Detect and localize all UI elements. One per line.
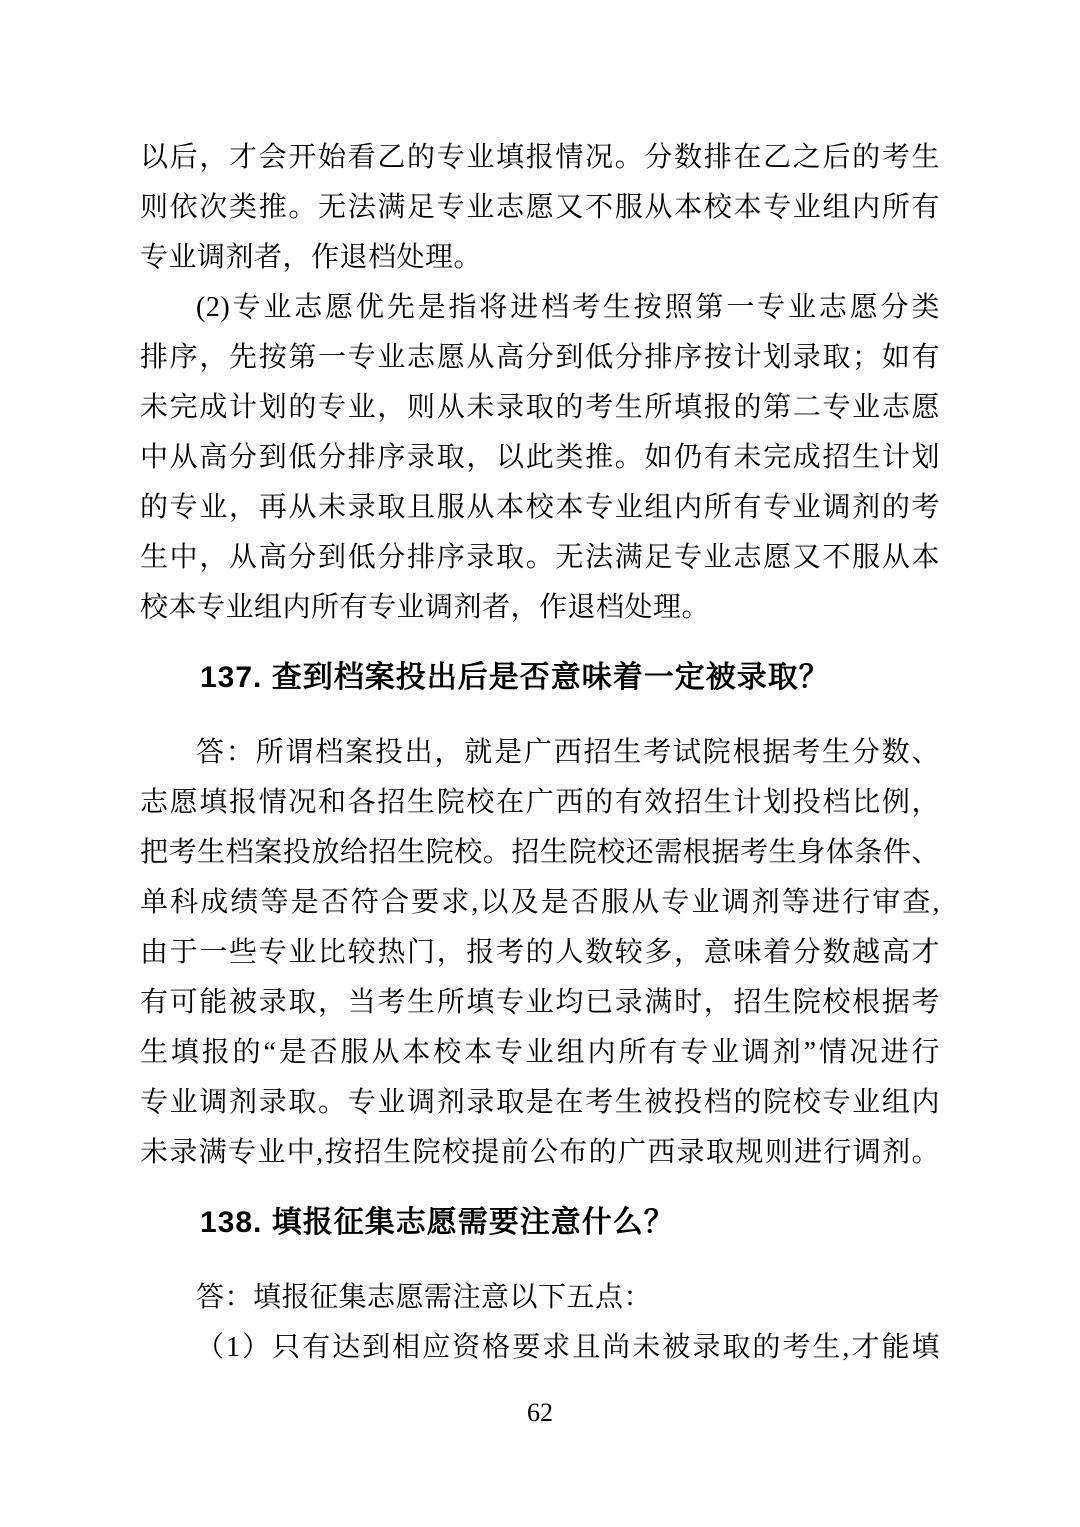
page-number: 62 xyxy=(0,1396,1080,1430)
text-line: 未完成计划的专业，则从未录取的考生所填报的第二专业志愿 xyxy=(140,383,940,433)
text-line: 答：所谓档案投出，就是广西招生考试院根据考生分数、 xyxy=(140,728,940,778)
text-line: 单科成绩等是否符合要求,以及是否服从专业调剂等进行审查, xyxy=(140,878,940,928)
document-body: 以后，才会开始看乙的专业填报情况。分数排在乙之后的考生则依次类推。无法满足专业志… xyxy=(140,133,940,1373)
text-line: 中从高分到低分排序录取，以此类推。如仍有未完成招生计划 xyxy=(140,433,940,483)
text-line: 把考生档案投放给招生院校。招生院校还需根据考生身体条件、 xyxy=(140,828,940,878)
paragraph: 答：填报征集志愿需注意以下五点： xyxy=(140,1273,940,1323)
text-line: 专业调剂录取。专业调剂录取是在考生被投档的院校专业组内 xyxy=(140,1078,940,1128)
text-line: 专业调剂者，作退档处理。 xyxy=(140,233,940,283)
text-line: 则依次类推。无法满足专业志愿又不服从本校本专业组内所有 xyxy=(140,183,940,233)
text-line: 138. 填报征集志愿需要注意什么？ xyxy=(140,1198,940,1248)
text-line: 答：填报征集志愿需注意以下五点： xyxy=(140,1273,940,1323)
paragraph: 以后，才会开始看乙的专业填报情况。分数排在乙之后的考生则依次类推。无法满足专业志… xyxy=(140,133,940,283)
text-line: 以后，才会开始看乙的专业填报情况。分数排在乙之后的考生 xyxy=(140,133,940,183)
paragraph: 答：所谓档案投出，就是广西招生考试院根据考生分数、志愿填报情况和各招生院校在广西… xyxy=(140,728,940,1178)
text-line: 校本专业组内所有专业调剂者，作退档处理。 xyxy=(140,583,940,633)
document-page: 以后，才会开始看乙的专业填报情况。分数排在乙之后的考生则依次类推。无法满足专业志… xyxy=(0,0,1080,1527)
text-line: （1）只有达到相应资格要求且尚未被录取的考生,才能填 xyxy=(140,1323,940,1373)
text-line: 志愿填报情况和各招生院校在广西的有效招生计划投档比例， xyxy=(140,778,940,828)
text-line: (2)专业志愿优先是指将进档考生按照第一专业志愿分类 xyxy=(140,283,940,333)
text-line: 生中，从高分到低分排序录取。无法满足专业志愿又不服从本 xyxy=(140,533,940,583)
question-heading: 137. 查到档案投出后是否意味着一定被录取？ xyxy=(140,653,940,703)
paragraph: (2)专业志愿优先是指将进档考生按照第一专业志愿分类排序，先按第一专业志愿从高分… xyxy=(140,283,940,633)
paragraph: （1）只有达到相应资格要求且尚未被录取的考生,才能填 xyxy=(140,1323,940,1373)
text-line: 排序，先按第一专业志愿从高分到低分排序按计划录取；如有 xyxy=(140,333,940,383)
text-line: 有可能被录取，当考生所填专业均已录满时，招生院校根据考 xyxy=(140,978,940,1028)
text-line: 未录满专业中,按招生院校提前公布的广西录取规则进行调剂。 xyxy=(140,1128,940,1178)
text-line: 的专业，再从未录取且服从本校本专业组内所有专业调剂的考 xyxy=(140,483,940,533)
text-line: 137. 查到档案投出后是否意味着一定被录取？ xyxy=(140,653,940,703)
text-line: 生填报的“是否服从本校本专业组内所有专业调剂”情况进行 xyxy=(140,1028,940,1078)
text-line: 由于一些专业比较热门，报考的人数较多，意味着分数越高才 xyxy=(140,928,940,978)
question-heading: 138. 填报征集志愿需要注意什么？ xyxy=(140,1198,940,1248)
